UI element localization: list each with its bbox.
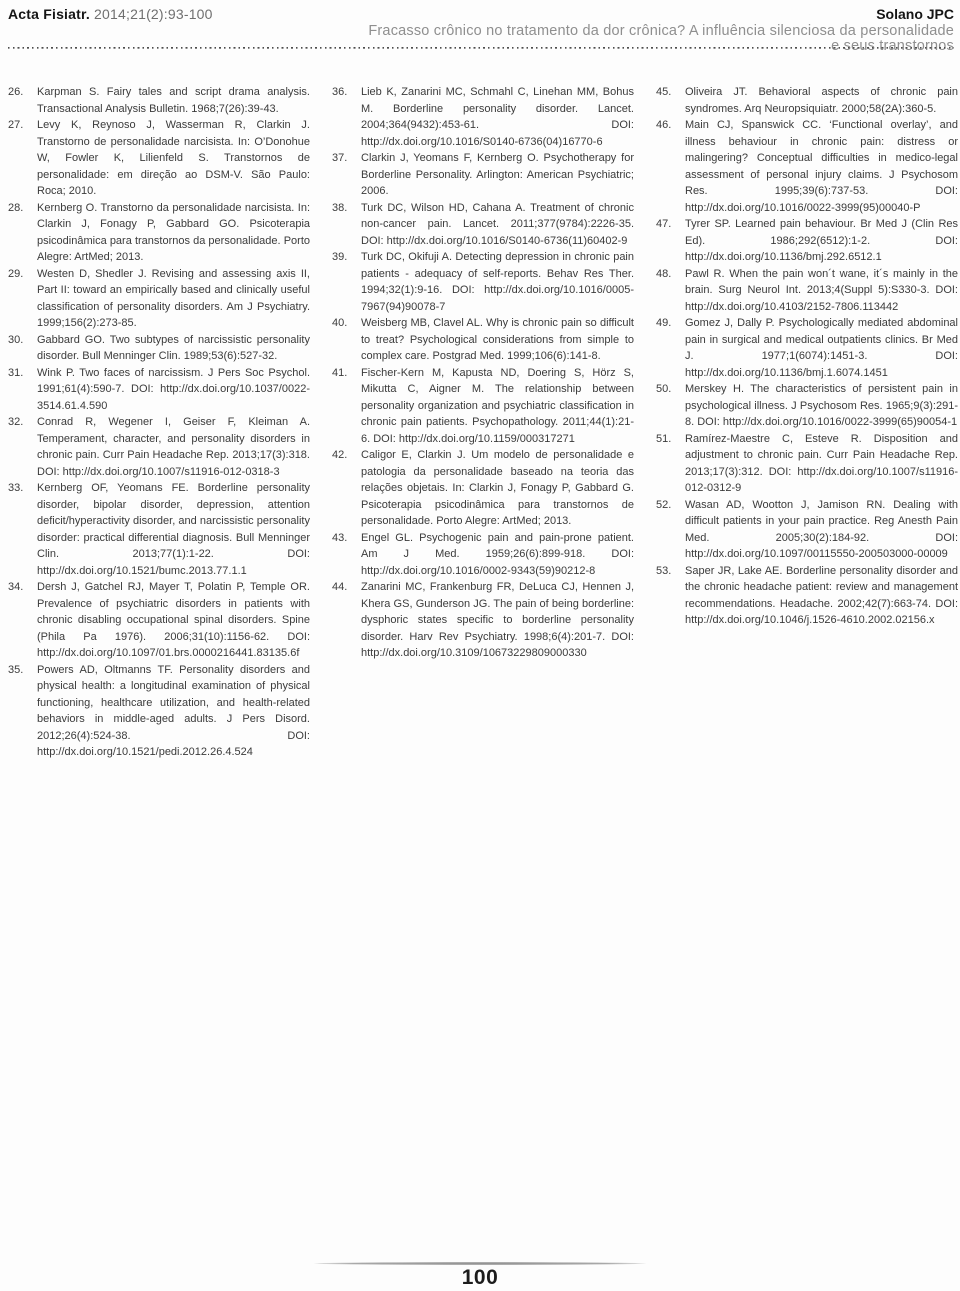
header-row: Acta Fisiatr. 2014;21(2):93-100 Solano J…	[8, 6, 954, 22]
reference-number: 44.	[332, 579, 361, 662]
reference-text: Clarkin J, Yeomans F, Kernberg O. Psycho…	[361, 150, 634, 200]
reference-text: Merskey H. The characteristics of persis…	[685, 381, 958, 431]
reference-text: Tyrer SP. Learned pain behaviour. Br Med…	[685, 216, 958, 266]
reference-item: 30.Gabbard GO. Two subtypes of narcissis…	[8, 332, 310, 365]
reference-number: 38.	[332, 200, 361, 250]
journal-issue: 2014;21(2):93-100	[90, 6, 213, 22]
page-header: Acta Fisiatr. 2014;21(2):93-100 Solano J…	[8, 6, 954, 54]
reference-item: 31.Wink P. Two faces of narcissism. J Pe…	[8, 365, 310, 415]
reference-item: 27.Levy K, Reynoso J, Wasserman R, Clark…	[8, 117, 310, 200]
reference-number: 29.	[8, 266, 37, 332]
reference-text: Kernberg O. Transtorno da personalidade …	[37, 200, 310, 266]
footer-divider	[314, 1262, 646, 1265]
reference-text: Saper JR, Lake AE. Borderline personalit…	[685, 563, 958, 629]
reference-number: 51.	[656, 431, 685, 497]
reference-item: 43.Engel GL. Psychogenic pain and pain-p…	[332, 530, 634, 580]
reference-number: 45.	[656, 84, 685, 117]
reference-number: 32.	[8, 414, 37, 480]
reference-text: Pawl R. When the pain won´t wane, it´s m…	[685, 266, 958, 316]
reference-item: 39.Turk DC, Okifuji A. Detecting depress…	[332, 249, 634, 315]
reference-number: 48.	[656, 266, 685, 316]
reference-number: 27.	[8, 117, 37, 200]
reference-number: 42.	[332, 447, 361, 530]
reference-item: 47.Tyrer SP. Learned pain behaviour. Br …	[656, 216, 958, 266]
reference-number: 34.	[8, 579, 37, 662]
references-section: 26.Karpman S. Fairy tales and script dra…	[8, 84, 958, 761]
author-name: Solano JPC	[876, 6, 954, 22]
references-column-3: 45.Oliveira JT. Behavioral aspects of ch…	[656, 84, 958, 761]
reference-number: 47.	[656, 216, 685, 266]
paper-title-line1: Fracasso crônico no tratamento da dor cr…	[368, 23, 954, 39]
reference-text: Oliveira JT. Behavioral aspects of chron…	[685, 84, 958, 117]
reference-text: Main CJ, Spanswick CC. ‘Functional overl…	[685, 117, 958, 216]
reference-text: Karpman S. Fairy tales and script drama …	[37, 84, 310, 117]
reference-item: 52.Wasan AD, Wootton J, Jamison RN. Deal…	[656, 497, 958, 563]
reference-number: 31.	[8, 365, 37, 415]
reference-item: 46.Main CJ, Spanswick CC. ‘Functional ov…	[656, 117, 958, 216]
reference-number: 36.	[332, 84, 361, 150]
paper-title: Fracasso crônico no tratamento da dor cr…	[8, 24, 954, 54]
reference-item: 41.Fischer-Kern M, Kapusta ND, Doering S…	[332, 365, 634, 448]
reference-item: 28.Kernberg O. Transtorno da personalida…	[8, 200, 310, 266]
reference-number: 52.	[656, 497, 685, 563]
reference-text: Dersh J, Gatchel RJ, Mayer T, Polatin P,…	[37, 579, 310, 662]
reference-text: Zanarini MC, Frankenburg FR, DeLuca CJ, …	[361, 579, 634, 662]
reference-item: 32.Conrad R, Wegener I, Geiser F, Kleima…	[8, 414, 310, 480]
reference-text: Turk DC, Okifuji A. Detecting depression…	[361, 249, 634, 315]
reference-item: 35.Powers AD, Oltmanns TF. Personality d…	[8, 662, 310, 761]
reference-text: Lieb K, Zanarini MC, Schmahl C, Linehan …	[361, 84, 634, 150]
reference-text: Weisberg MB, Clavel AL. Why is chronic p…	[361, 315, 634, 365]
reference-item: 36.Lieb K, Zanarini MC, Schmahl C, Lineh…	[332, 84, 634, 150]
dotted-divider	[8, 47, 954, 49]
reference-item: 37.Clarkin J, Yeomans F, Kernberg O. Psy…	[332, 150, 634, 200]
reference-item: 33.Kernberg OF, Yeomans FE. Borderline p…	[8, 480, 310, 579]
journal-citation: Acta Fisiatr. 2014;21(2):93-100	[8, 6, 213, 22]
reference-item: 51.Ramírez-Maestre C, Esteve R. Disposit…	[656, 431, 958, 497]
reference-text: Kernberg OF, Yeomans FE. Borderline pers…	[37, 480, 310, 579]
reference-number: 37.	[332, 150, 361, 200]
reference-item: 42.Caligor E, Clarkin J. Um modelo de pe…	[332, 447, 634, 530]
reference-item: 48.Pawl R. When the pain won´t wane, it´…	[656, 266, 958, 316]
reference-item: 50.Merskey H. The characteristics of per…	[656, 381, 958, 431]
reference-item: 45.Oliveira JT. Behavioral aspects of ch…	[656, 84, 958, 117]
reference-item: 49.Gomez J, Dally P. Psychologically med…	[656, 315, 958, 381]
reference-number: 41.	[332, 365, 361, 448]
reference-number: 46.	[656, 117, 685, 216]
reference-number: 26.	[8, 84, 37, 117]
reference-number: 28.	[8, 200, 37, 266]
reference-number: 43.	[332, 530, 361, 580]
reference-text: Gomez J, Dally P. Psychologically mediat…	[685, 315, 958, 381]
reference-item: 26.Karpman S. Fairy tales and script dra…	[8, 84, 310, 117]
page-footer: 100	[0, 1247, 960, 1291]
reference-text: Gabbard GO. Two subtypes of narcissistic…	[37, 332, 310, 365]
reference-text: Turk DC, Wilson HD, Cahana A. Treatment …	[361, 200, 634, 250]
reference-number: 35.	[8, 662, 37, 761]
reference-number: 30.	[8, 332, 37, 365]
reference-text: Caligor E, Clarkin J. Um modelo de perso…	[361, 447, 634, 530]
reference-number: 33.	[8, 480, 37, 579]
reference-item: 38.Turk DC, Wilson HD, Cahana A. Treatme…	[332, 200, 634, 250]
reference-text: Wink P. Two faces of narcissism. J Pers …	[37, 365, 310, 415]
reference-number: 50.	[656, 381, 685, 431]
reference-number: 49.	[656, 315, 685, 381]
reference-item: 53.Saper JR, Lake AE. Borderline persona…	[656, 563, 958, 629]
references-column-2: 36.Lieb K, Zanarini MC, Schmahl C, Lineh…	[332, 84, 634, 761]
paper-title-line2: e seus transtornos	[831, 38, 954, 54]
reference-text: Ramírez-Maestre C, Esteve R. Disposition…	[685, 431, 958, 497]
reference-number: 40.	[332, 315, 361, 365]
reference-text: Levy K, Reynoso J, Wasserman R, Clarkin …	[37, 117, 310, 200]
reference-text: Wasan AD, Wootton J, Jamison RN. Dealing…	[685, 497, 958, 563]
reference-number: 39.	[332, 249, 361, 315]
reference-item: 29.Westen D, Shedler J. Revising and ass…	[8, 266, 310, 332]
reference-item: 40.Weisberg MB, Clavel AL. Why is chroni…	[332, 315, 634, 365]
reference-text: Engel GL. Psychogenic pain and pain-pron…	[361, 530, 634, 580]
journal-page: Acta Fisiatr. 2014;21(2):93-100 Solano J…	[0, 0, 960, 1291]
reference-item: 34.Dersh J, Gatchel RJ, Mayer T, Polatin…	[8, 579, 310, 662]
reference-number: 53.	[656, 563, 685, 629]
page-number: 100	[0, 1266, 960, 1290]
reference-item: 44.Zanarini MC, Frankenburg FR, DeLuca C…	[332, 579, 634, 662]
reference-text: Westen D, Shedler J. Revising and assess…	[37, 266, 310, 332]
reference-text: Powers AD, Oltmanns TF. Personality diso…	[37, 662, 310, 761]
journal-name: Acta Fisiatr.	[8, 6, 90, 22]
reference-text: Fischer-Kern M, Kapusta ND, Doering S, H…	[361, 365, 634, 448]
references-column-1: 26.Karpman S. Fairy tales and script dra…	[8, 84, 310, 761]
reference-text: Conrad R, Wegener I, Geiser F, Kleiman A…	[37, 414, 310, 480]
